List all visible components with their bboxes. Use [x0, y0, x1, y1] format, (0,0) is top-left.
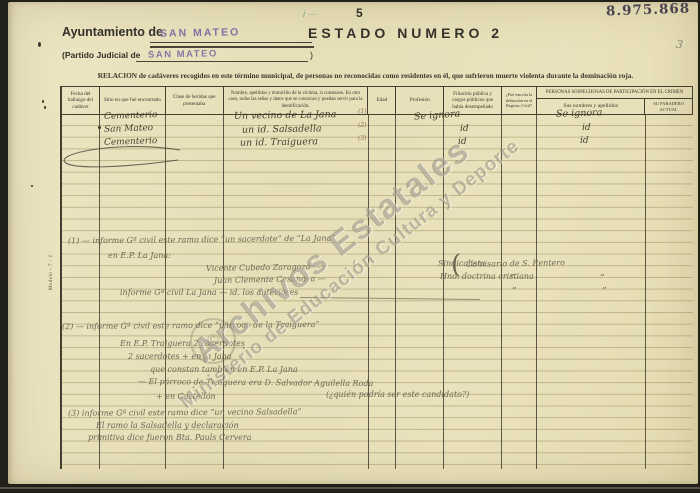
- entry-filiacion-line: id: [460, 124, 469, 134]
- ink-speck: [38, 42, 41, 47]
- entry-ref-mark: (2): [358, 122, 367, 129]
- note1-open-paren: (: [451, 250, 461, 280]
- entry-sospechosos-line: Se ignora: [556, 107, 603, 120]
- entry-sospechosos-line: id: [582, 123, 591, 133]
- note2-line: (¿quién podría ser este candidato?): [326, 390, 469, 399]
- ditto-mark: ”: [510, 274, 515, 284]
- ditto-mark: ”: [600, 274, 605, 284]
- note2-line: que constan también en E.P. La Jana: [150, 365, 298, 374]
- note3-line: (3) informe Gª civil este ramo dice “un …: [68, 407, 302, 418]
- corner-folio-number: 3: [675, 38, 684, 52]
- ditto-mark: ”: [602, 287, 607, 297]
- col-header-fecha: Fecha del hallazgo del cadáver: [62, 87, 100, 114]
- note3-line: El ramo la Salsadella y declaración: [96, 421, 239, 430]
- col-header-heridas: Clase de heridas que presentaba: [166, 87, 224, 114]
- underline: [150, 46, 314, 48]
- underline: [150, 42, 312, 43]
- entry-sitio-line: Cementerio: [104, 110, 158, 122]
- col-header-sospechosas-group: PERSONAS SOSPECHOSAS DE PARTICIPACIÓN EN…: [537, 87, 692, 99]
- note2-line: + en Castellón: [156, 392, 216, 401]
- body-col-edad: [369, 115, 397, 469]
- ayuntamiento-label: Ayuntamiento de: [62, 25, 163, 39]
- entry-filiacion-line: id: [458, 137, 467, 147]
- page-number: 5: [356, 6, 363, 20]
- ink-speck: [42, 100, 44, 103]
- scanned-document: i ··· 5 8.975.868 3 Ayuntamiento de SAN …: [0, 0, 700, 493]
- relacion-heading: RELACION de cadáveres recogidos en este …: [78, 71, 653, 80]
- col-header-edad: Edad: [368, 87, 396, 114]
- ditto-mark: ”: [512, 287, 517, 297]
- col-header-registro: ¿Fué inscrita la defunción en el Registr…: [502, 87, 537, 114]
- note1-line: informe Gª civil La Jana — id. los anter…: [120, 288, 298, 297]
- handwritten-flourish: [58, 145, 190, 173]
- copyright-watermark: ©: [190, 318, 236, 364]
- partido-stamp-value: SAN MATEO: [148, 48, 218, 60]
- body-col-sus-nombres: [537, 115, 646, 469]
- note1-comisario: Comisario de S. Rentero: [466, 258, 565, 269]
- entry-nombre-line: un id. Salsadella: [242, 123, 322, 135]
- note1-line: en E.P. La Jana:: [108, 251, 171, 260]
- ayuntamiento-stamp-value: SAN MATEO: [160, 26, 240, 39]
- col-header-paradero: SU PARADERO ACTUAL: [645, 99, 692, 114]
- partido-label: (Partido Judicial de: [62, 50, 140, 60]
- note3-line: primitiva dice fueron Bta. Pauls Cervera: [88, 433, 252, 442]
- partido-close-paren: ): [310, 50, 313, 60]
- entry-nombre-line: un id. Traiguera: [240, 136, 318, 148]
- margin-model-label: Modelo - 7 - J: [49, 255, 54, 290]
- green-registrar-mark: i ···: [303, 9, 317, 19]
- entry-sospechosos-line: id: [580, 136, 589, 146]
- body-col-filiacion: [444, 115, 502, 469]
- archive-stamp-number: 8.975.868: [606, 1, 691, 20]
- entry-sitio-line: San Mateo: [104, 123, 153, 135]
- estado-title: ESTADO NUMERO 2: [308, 25, 503, 41]
- paper-sheet: i ··· 5 8.975.868 3 Ayuntamiento de SAN …: [8, 2, 698, 484]
- entry-ref-mark: (1): [358, 108, 367, 115]
- entry-nombre-line: Un vecino de La Jana: [234, 109, 337, 122]
- body-col-profesion: [396, 115, 444, 469]
- ink-speck: [31, 185, 33, 187]
- scanner-edge-line: [0, 487, 700, 489]
- underline: [136, 61, 308, 62]
- body-col-registro: [502, 115, 537, 469]
- ink-speck: [44, 106, 46, 109]
- body-col-paradero: [646, 115, 693, 469]
- entry-ref-mark: (3): [358, 135, 367, 142]
